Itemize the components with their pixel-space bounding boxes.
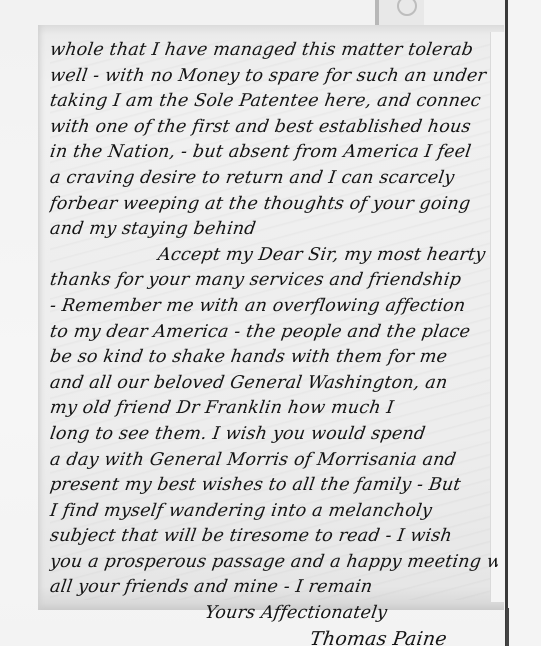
- letter-line: - Remember me with an overflowing affect…: [48, 294, 500, 320]
- letter-signature: Thomas Paine: [48, 627, 500, 646]
- letter-line: present my best wishes to all the family…: [48, 473, 500, 499]
- letter-line: long to see them. I wish you would spend: [48, 422, 500, 448]
- letter-line: and my staying behind: [48, 217, 500, 243]
- letter-line: whole that I have managed this matter to…: [48, 38, 500, 64]
- letter-line: be so kind to shake hands with them for …: [48, 345, 500, 371]
- letter-line: a day with General Morris of Morrisania …: [48, 448, 500, 474]
- letter-line: my old friend Dr Franklin how much I: [48, 396, 500, 422]
- letter-line: taking I am the Sole Patentee here, and …: [48, 89, 500, 115]
- frame-edge-line-bottom: [506, 608, 509, 646]
- letter-line: Accept my Dear Sir, my most hearty: [48, 243, 500, 269]
- letter-line: I find myself wandering into a melanchol…: [48, 499, 500, 525]
- letter-line: forbear weeping at the thoughts of your …: [48, 192, 500, 218]
- letter-line: to my dear America - the people and the …: [48, 320, 500, 346]
- letter-body: whole that I have managed this matter to…: [50, 38, 498, 646]
- letter-line: and all our beloved General Washington, …: [48, 371, 500, 397]
- letter-line: you a prosperous passage and a happy mee…: [48, 550, 500, 576]
- letter-line: all your friends and mine - I remain: [48, 575, 500, 601]
- letter-line: well - with no Money to spare for such a…: [48, 64, 500, 90]
- letter-line: in the Nation, - but absent from America…: [48, 140, 500, 166]
- letter-line: with one of the first and best establish…: [48, 115, 500, 141]
- letter-line: a craving desire to return and I can sca…: [48, 166, 500, 192]
- letter-line: subject that will be tiresome to read - …: [48, 524, 500, 550]
- letter-line: thanks for your many services and friend…: [48, 268, 500, 294]
- scan-margin-right: [508, 0, 541, 646]
- letter-closing: Yours Affectionately: [48, 601, 500, 627]
